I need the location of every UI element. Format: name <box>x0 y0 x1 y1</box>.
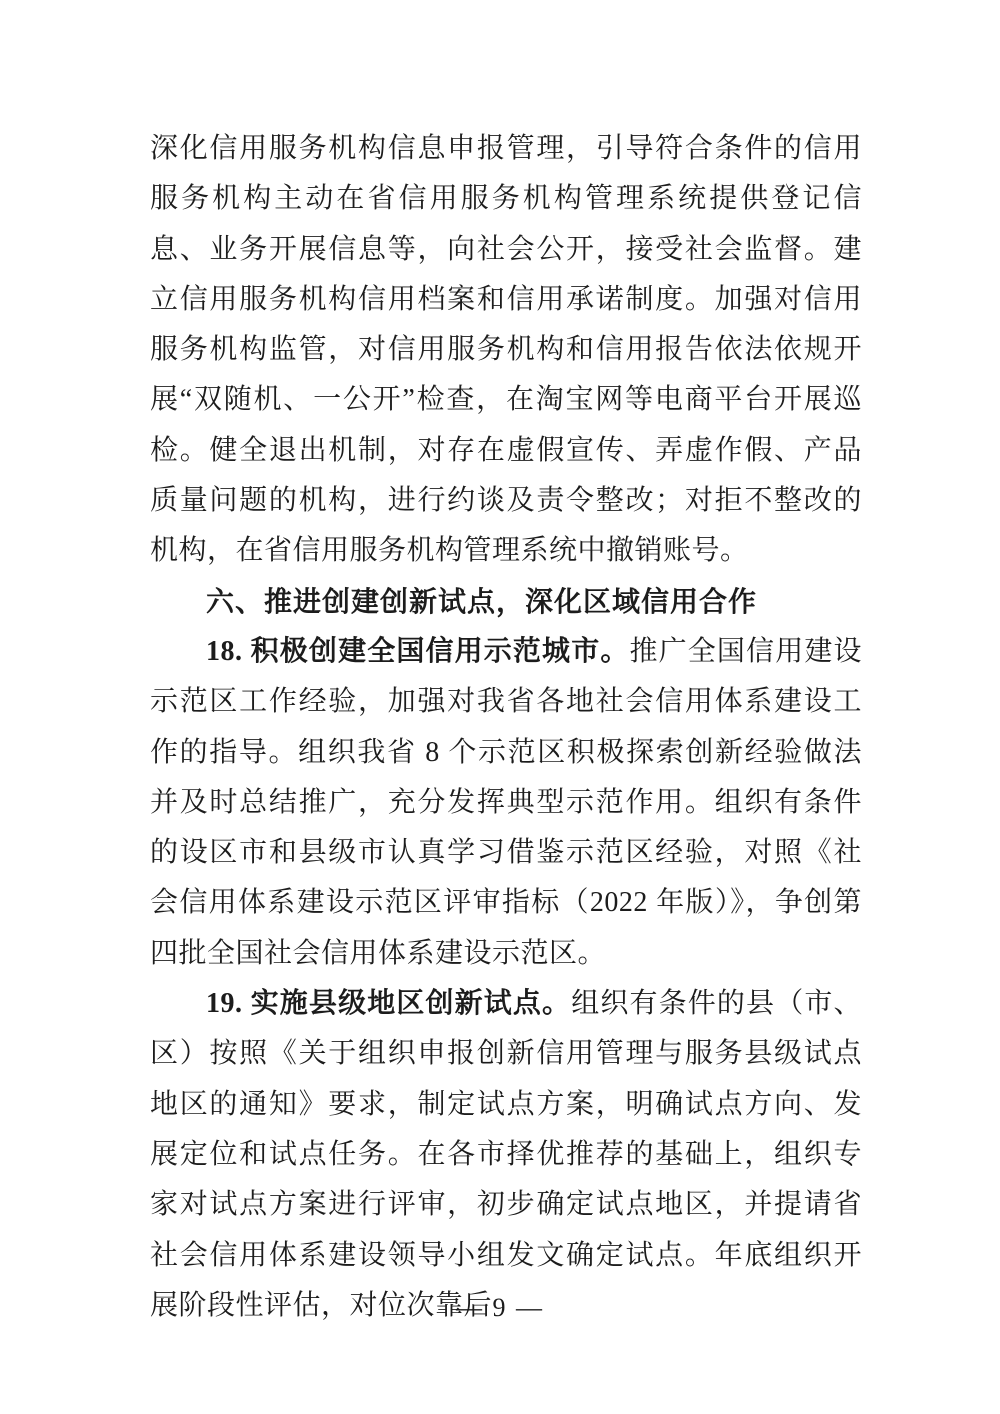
item-18-title: 18. 积极创建全国信用示范城市。 <box>206 636 629 667</box>
item-19-paragraph: 19. 实施县级地区创新试点。组织有条件的县（市、区）按照《关于组织申报创新信用… <box>150 979 862 1331</box>
item-18-paragraph: 18. 积极创建全国信用示范城市。推广全国信用建设示范区工作经验，加强对我省各地… <box>150 627 862 979</box>
item-19-body: 组织有条件的县（市、区）按照《关于组织申报创新信用管理与服务县级试点地区的通知》… <box>150 988 862 1321</box>
document-body: 深化信用服务机构信息申报管理，引导符合条件的信用服务机构主动在省信用服务机构管理… <box>150 124 862 1331</box>
page-footer: — 9 — <box>0 1288 1000 1328</box>
paragraph-continued: 深化信用服务机构信息申报管理，引导符合条件的信用服务机构主动在省信用服务机构管理… <box>150 124 862 577</box>
item-18-body: 推广全国信用建设示范区工作经验，加强对我省各地社会信用体系建设工作的指导。组织我… <box>150 636 862 969</box>
item-19-title: 19. 实施县级地区创新试点。 <box>206 988 571 1019</box>
section-heading: 六、推进创建创新试点，深化区域信用合作 <box>150 577 862 627</box>
document-page: 深化信用服务机构信息申报管理，引导符合条件的信用服务机构主动在省信用服务机构管理… <box>0 0 1000 1414</box>
page-number: — 9 — <box>456 1293 544 1322</box>
